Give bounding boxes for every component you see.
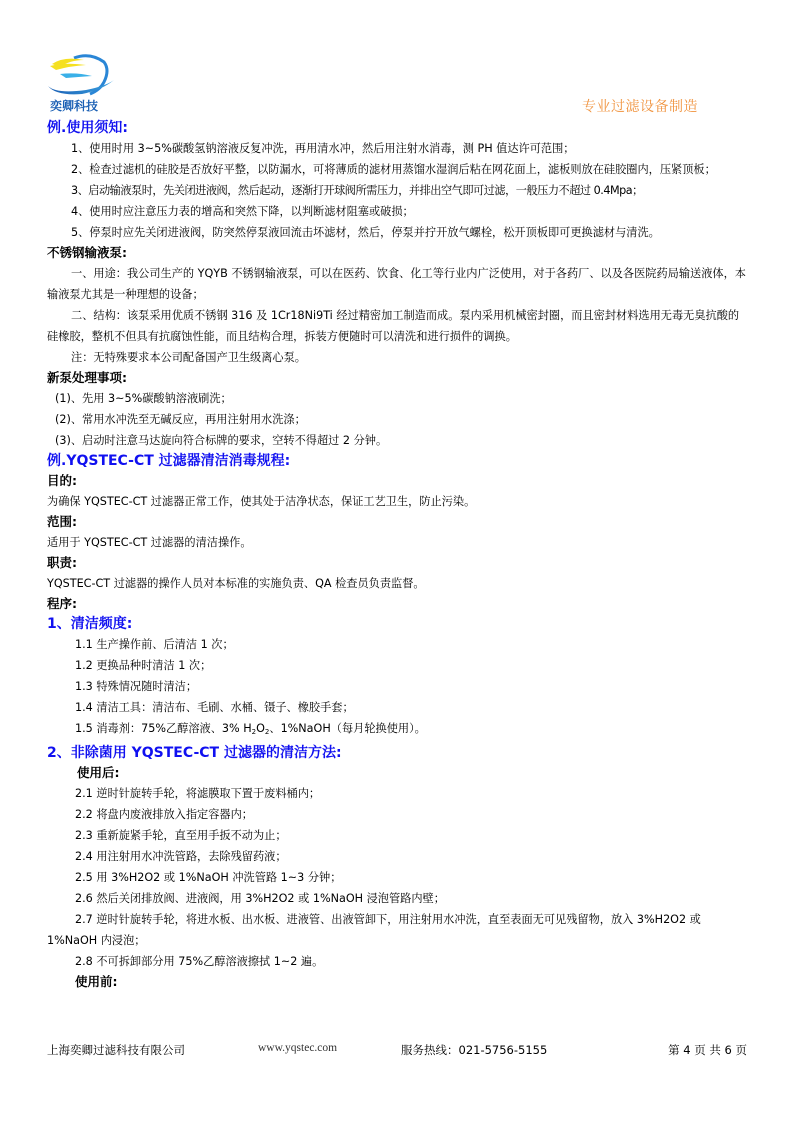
method-title: 2、非除菌用 YQSTEC-CT 过滤器的清洁方法: bbox=[47, 743, 747, 763]
purpose-label: 目的: bbox=[47, 471, 747, 491]
duty-label: 职责: bbox=[47, 553, 747, 573]
pump-item: 一、用途：我公司生产的 YQYB 不锈钢输液泵，可以在医药、饮食、化工等行业内广… bbox=[47, 263, 747, 305]
disinfectant-text: 1.5 消毒剂：75%乙醇溶液、3% H bbox=[75, 722, 252, 735]
after-use-label: 使用后: bbox=[47, 763, 747, 783]
method-item: 2.2 将盘内废液排放入指定容器内； bbox=[47, 804, 747, 825]
purpose-text: 为确保 YQSTEC-CT 过滤器正常工作，使其处于洁净状态，保证工艺卫生，防止… bbox=[47, 491, 747, 512]
method-item: 2.6 然后关闭排放阀、进液阀，用 3%H2O2 或 1%NaOH 浸泡管路内壁… bbox=[47, 888, 747, 909]
method-item: 2.3 重新旋紧手轮，直至用手扳不动为止； bbox=[47, 825, 747, 846]
new-pump-item: (1)、先用 3~5%碳酸钠溶液刷洗； bbox=[47, 388, 747, 409]
page-footer: 上海奕卿过滤科技有限公司 www.yqstec.com 服务热线：021-575… bbox=[47, 1042, 747, 1058]
disinfectant-text: O bbox=[256, 722, 265, 735]
method-item: 2.7 逆时针旋转手轮，将进水板、出水板、进液管、出液管卸下，用注射用水冲洗，直… bbox=[47, 909, 747, 951]
frequency-item: 1.2 更换品种时清洁 1 次； bbox=[47, 655, 747, 676]
scope-label: 范围: bbox=[47, 512, 747, 532]
method-item: 2.5 用 3%H2O2 或 1%NaOH 冲洗管路 1~3 分钟； bbox=[47, 867, 747, 888]
method-item: 2.1 逆时针旋转手轮，将滤膜取下置于废料桶内； bbox=[47, 783, 747, 804]
usage-item: 4、使用时应注意压力表的增高和突然下降，以判断滤材阻塞或破损； bbox=[47, 201, 747, 222]
usage-item: 1、使用时用 3~5%碳酸氢钠溶液反复冲洗，再用清水冲，然后用注射水消毒，测 P… bbox=[47, 138, 747, 159]
section-title-cleaning-procedure: 例.YQSTEC-CT 过滤器清洁消毒规程: bbox=[47, 451, 747, 471]
section-title-pump: 不锈钢输液泵: bbox=[47, 243, 747, 263]
method-item: 2.8 不可拆卸部分用 75%乙醇溶液擦拭 1~2 遍。 bbox=[47, 951, 747, 972]
header-slogan: 专业过滤设备制造 bbox=[582, 96, 698, 116]
usage-item: 5、停泵时应先关闭进液阀，防突然停泵液回流击坏滤材，然后，停泵并拧开放气螺栓，松… bbox=[47, 222, 747, 243]
disinfectant-text: 、1%NaOH（每月轮换使用）。 bbox=[269, 722, 425, 735]
new-pump-item: (2)、常用水冲洗至无碱反应，再用注射用水洗涤； bbox=[47, 409, 747, 430]
method-item: 2.4 用注射用水冲洗管路，去除残留药液； bbox=[47, 846, 747, 867]
footer-website: www.yqstec.com bbox=[258, 1042, 337, 1054]
new-pump-item: (3)、启动时注意马达旋向符合标牌的要求，空转不得超过 2 分钟。 bbox=[47, 430, 747, 451]
before-use-label: 使用前: bbox=[47, 972, 747, 992]
frequency-item: 1.4 清洁工具：清洁布、毛刷、水桶、镊子、橡胶手套； bbox=[47, 697, 747, 718]
scope-text: 适用于 YQSTEC-CT 过滤器的清洁操作。 bbox=[47, 532, 747, 553]
document-body: 例.使用须知: 1、使用时用 3~5%碳酸氢钠溶液反复冲洗，再用清水冲，然后用注… bbox=[47, 118, 747, 992]
procedure-label: 程序: bbox=[47, 594, 747, 614]
frequency-item-disinfectant: 1.5 消毒剂：75%乙醇溶液、3% H2O2、1%NaOH（每月轮换使用）。 bbox=[47, 718, 747, 743]
frequency-item: 1.3 特殊情况随时清洁； bbox=[47, 676, 747, 697]
frequency-item: 1.1 生产操作前、后清洁 1 次； bbox=[47, 634, 747, 655]
section-title-usage: 例.使用须知: bbox=[47, 118, 747, 138]
pump-item: 二、结构：该泵采用优质不锈钢 316 及 1Cr18Ni9Ti 经过精密加工制造… bbox=[47, 305, 747, 347]
usage-item: 2、检查过滤机的硅胶是否放好平整，以防漏水，可将薄质的滤材用蒸馏水湿润后粘在网花… bbox=[47, 159, 747, 180]
pump-note: 注：无特殊要求本公司配备国产卫生级离心泵。 bbox=[47, 347, 747, 368]
footer-hotline: 服务热线：021-5756-5155 bbox=[401, 1042, 547, 1058]
section-title-new-pump: 新泵处理事项: bbox=[47, 368, 747, 388]
footer-company: 上海奕卿过滤科技有限公司 bbox=[47, 1042, 185, 1058]
frequency-title: 1、清洁频度: bbox=[47, 614, 747, 634]
footer-page-number: 第 4 页 共 6 页 bbox=[668, 1042, 747, 1058]
logo-text: 奕卿科技 bbox=[50, 97, 98, 114]
usage-item: 3、启动输液泵时，先关闭进液阀，然后起动，逐渐打开球阀所需压力，并排出空气即可过… bbox=[47, 180, 747, 201]
duty-text: YQSTEC-CT 过滤器的操作人员对本标准的实施负责、QA 检查员负责监督。 bbox=[47, 573, 747, 594]
